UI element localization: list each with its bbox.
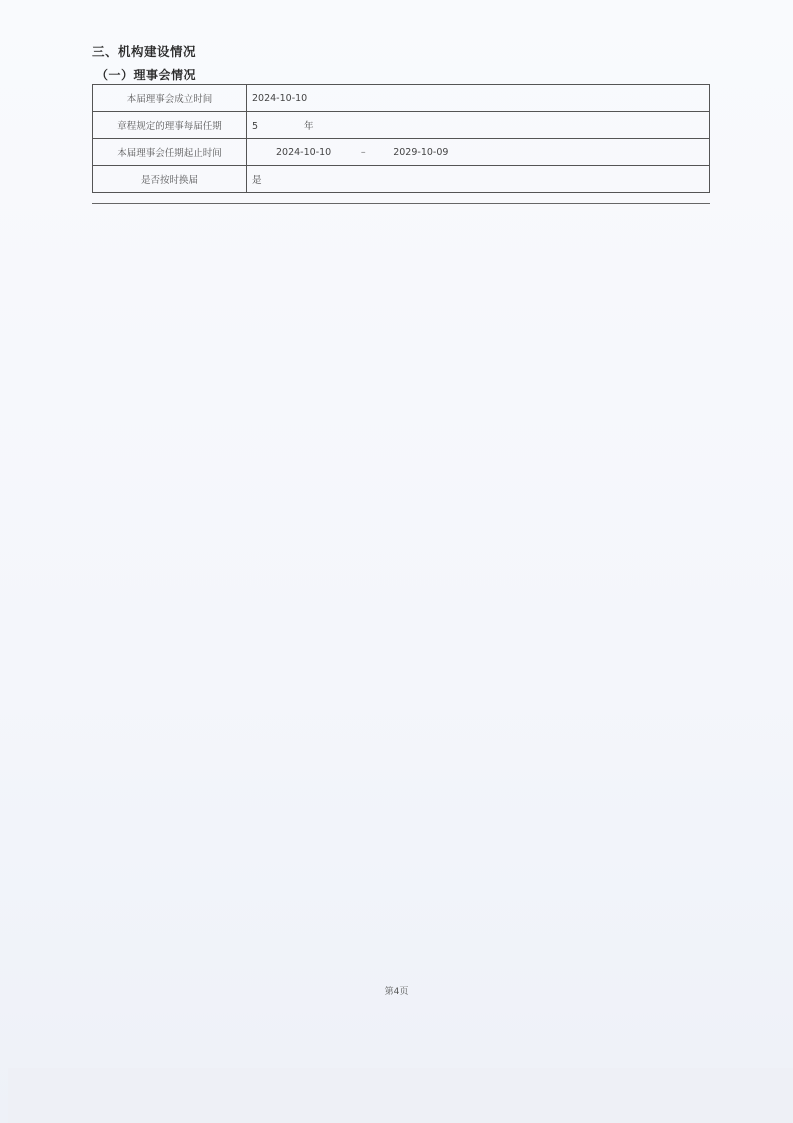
- row-label: 本届理事会任期起止时间: [93, 139, 247, 166]
- page-number: 第4页: [0, 984, 793, 997]
- row-label: 本届理事会成立时间: [93, 85, 247, 112]
- term-end-date: 2029-10-09: [393, 147, 448, 158]
- table-row-term-length: 章程规定的理事每届任期 5年: [93, 112, 710, 139]
- table-row-established-date: 本届理事会成立时间 2024-10-10: [93, 85, 710, 112]
- table-row-on-time-reelection: 是否按时换届 是: [93, 166, 710, 193]
- row-label: 章程规定的理事每届任期: [93, 112, 247, 139]
- row-value: 2024-10-10: [247, 85, 710, 112]
- row-label: 是否按时换届: [93, 166, 247, 193]
- section-divider: [92, 203, 710, 204]
- row-value: 是: [247, 166, 710, 193]
- council-info-table: 本届理事会成立时间 2024-10-10 章程规定的理事每届任期 5年 本届理事…: [92, 84, 710, 193]
- term-separator: –: [331, 147, 393, 158]
- subsection-title: （一）理事会情况: [96, 66, 196, 83]
- table-row-term-period: 本届理事会任期起止时间 2024-10-10–2029-10-09: [93, 139, 710, 166]
- term-start-date: 2024-10-10: [252, 147, 331, 158]
- row-value: 2024-10-10–2029-10-09: [247, 139, 710, 166]
- row-value: 5年: [247, 112, 710, 139]
- term-years-value: 5: [252, 121, 258, 132]
- term-unit: 年: [304, 121, 314, 132]
- section-title: 三、机构建设情况: [92, 42, 196, 60]
- scan-bottom-band: [8, 1068, 793, 1123]
